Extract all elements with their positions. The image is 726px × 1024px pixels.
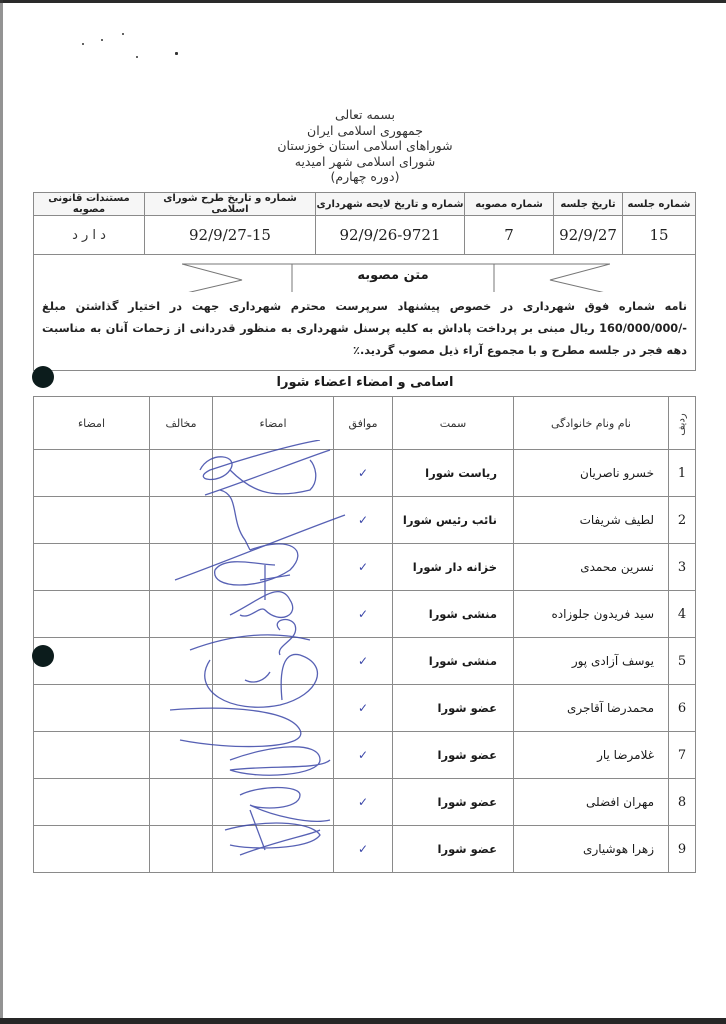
council-plan-header: شماره و تاریخ طرح شورای اسلامی (145, 193, 316, 216)
member-index: 6 (669, 685, 696, 732)
member-index: 7 (669, 732, 696, 779)
agree-checkmark-icon: ✓ (334, 779, 393, 826)
municipal-bill-ref: 92/9/26-9721 (316, 216, 465, 255)
agree-checkmark-icon: ✓ (334, 450, 393, 497)
agree-checkmark-icon: ✓ (334, 685, 393, 732)
member-row: 7 غلامرضا یار عضو شورا ✓ (34, 732, 696, 779)
agree-checkmark-icon: ✓ (334, 638, 393, 685)
agree-signature-cell (213, 544, 334, 591)
members-table: ردیف نام ونام خانوادگی سمت موافق امضاء م… (33, 396, 696, 873)
oppose-cell (150, 450, 213, 497)
term-line: (دوره چهارم) (250, 169, 480, 185)
oppose-cell (150, 732, 213, 779)
agree-signature-header: امضاء (213, 397, 334, 450)
members-title: اسامی و امضاء اعضاء شورا (240, 375, 490, 390)
oppose-signature-cell (34, 497, 150, 544)
oppose-cell (150, 779, 213, 826)
session-date-header: تاریخ جلسه (554, 193, 623, 216)
oppose-signature-cell (34, 826, 150, 873)
agree-signature-cell (213, 638, 334, 685)
member-role: خزانه دار شورا (393, 544, 514, 591)
member-role: ریاست شورا (393, 450, 514, 497)
resolution-body: نامه شماره فوق شهرداری در خصوص پیشنهاد س… (42, 296, 687, 362)
agree-checkmark-icon: ✓ (334, 591, 393, 638)
member-row: 9 زهرا هوشیاری عضو شورا ✓ (34, 826, 696, 873)
member-row: 5 یوسف آزادی پور منشی شورا ✓ (34, 638, 696, 685)
agree-signature-cell (213, 732, 334, 779)
scan-speck (175, 52, 178, 55)
agree-checkmark-icon: ✓ (334, 826, 393, 873)
scan-left-edge (0, 0, 3, 1024)
session-number: 15 (623, 216, 696, 255)
oppose-signature-cell (34, 591, 150, 638)
member-role: عضو شورا (393, 732, 514, 779)
member-role: نائب رئیس شورا (393, 497, 514, 544)
oppose-signature-header: امضاء (34, 397, 150, 450)
member-index: 5 (669, 638, 696, 685)
session-info-header-row: شماره جلسه تاریخ جلسه شماره مصوبه شماره … (34, 193, 696, 216)
oppose-signature-cell (34, 544, 150, 591)
row-number-header: ردیف (669, 397, 696, 450)
member-role: منشی شورا (393, 591, 514, 638)
resolution-number-header: شماره مصوبه (465, 193, 554, 216)
letterhead: بسمه تعالی جمهوری اسلامی ایران شوراهای ا… (250, 107, 480, 185)
member-name: لطیف شریفات (514, 497, 669, 544)
agree-checkmark-icon: ✓ (334, 497, 393, 544)
punch-hole-icon (32, 645, 54, 667)
oppose-signature-cell (34, 779, 150, 826)
oppose-signature-cell (34, 450, 150, 497)
member-role: عضو شورا (393, 826, 514, 873)
agree-signature-cell (213, 779, 334, 826)
member-name: نسرین محمدی (514, 544, 669, 591)
session-info-value-row: 15 92/9/27 7 92/9/26-9721 92/9/27-15 د ا… (34, 216, 696, 255)
member-index: 4 (669, 591, 696, 638)
scan-top-edge (0, 0, 726, 3)
scan-speck (82, 43, 84, 45)
resolution-text-box: متن مصوبه نامه شماره فوق شهرداری در خصوص… (33, 254, 696, 371)
agree-signature-cell (213, 826, 334, 873)
agree-signature-cell (213, 685, 334, 732)
oppose-signature-cell (34, 685, 150, 732)
agree-checkmark-icon: ✓ (334, 544, 393, 591)
country-line: جمهوری اسلامی ایران (250, 123, 480, 139)
punch-hole-icon (32, 366, 54, 388)
scan-bottom-edge (0, 1018, 726, 1024)
member-name: سید فریدون جلوزاده (514, 591, 669, 638)
member-name: خسرو ناصریان (514, 450, 669, 497)
member-row: 6 محمدرضا آقاجری عضو شورا ✓ (34, 685, 696, 732)
session-number-header: شماره جلسه (623, 193, 696, 216)
oppose-cell (150, 826, 213, 873)
agree-signature-cell (213, 591, 334, 638)
member-name: غلامرضا یار (514, 732, 669, 779)
resolution-banner: متن مصوبه (182, 262, 610, 292)
member-row: 3 نسرین محمدی خزانه دار شورا ✓ (34, 544, 696, 591)
member-index: 8 (669, 779, 696, 826)
member-index: 3 (669, 544, 696, 591)
bismillah-line: بسمه تعالی (250, 107, 480, 123)
member-role: منشی شورا (393, 638, 514, 685)
oppose-header: مخالف (150, 397, 213, 450)
agree-checkmark-icon: ✓ (334, 732, 393, 779)
member-row: 4 سید فریدون جلوزاده منشی شورا ✓ (34, 591, 696, 638)
member-index: 2 (669, 497, 696, 544)
oppose-cell (150, 591, 213, 638)
members-header-row: ردیف نام ونام خانوادگی سمت موافق امضاء م… (34, 397, 696, 450)
legal-basis-header: مستندات قانونی مصوبه (34, 193, 145, 216)
scan-speck (101, 39, 103, 41)
member-name: مهران افضلی (514, 779, 669, 826)
oppose-cell (150, 544, 213, 591)
agree-signature-cell (213, 497, 334, 544)
member-row: 2 لطیف شریفات نائب رئیس شورا ✓ (34, 497, 696, 544)
oppose-signature-cell (34, 732, 150, 779)
resolution-title: متن مصوبه (292, 268, 494, 283)
session-info-table: شماره جلسه تاریخ جلسه شماره مصوبه شماره … (33, 192, 696, 255)
municipal-bill-header: شماره و تاریخ لایحه شهرداری (316, 193, 465, 216)
city-council-line: شورای اسلامی شهر امیدیه (250, 154, 480, 170)
name-header: نام ونام خانوادگی (514, 397, 669, 450)
legal-basis-value: د ا ر د (34, 216, 145, 255)
member-name: یوسف آزادی پور (514, 638, 669, 685)
province-council-line: شوراهای اسلامی استان خوزستان (250, 138, 480, 154)
member-role: عضو شورا (393, 685, 514, 732)
oppose-cell (150, 497, 213, 544)
oppose-cell (150, 638, 213, 685)
scan-speck (122, 33, 124, 35)
council-plan-ref: 92/9/27-15 (145, 216, 316, 255)
member-name: محمدرضا آقاجری (514, 685, 669, 732)
role-header: سمت (393, 397, 514, 450)
member-index: 9 (669, 826, 696, 873)
session-date: 92/9/27 (554, 216, 623, 255)
member-row: 1 خسرو ناصریان ریاست شورا ✓ (34, 450, 696, 497)
member-name: زهرا هوشیاری (514, 826, 669, 873)
member-index: 1 (669, 450, 696, 497)
member-row: 8 مهران افضلی عضو شورا ✓ (34, 779, 696, 826)
scan-speck (136, 56, 138, 58)
agree-header: موافق (334, 397, 393, 450)
resolution-number: 7 (465, 216, 554, 255)
agree-signature-cell (213, 450, 334, 497)
oppose-cell (150, 685, 213, 732)
member-role: عضو شورا (393, 779, 514, 826)
